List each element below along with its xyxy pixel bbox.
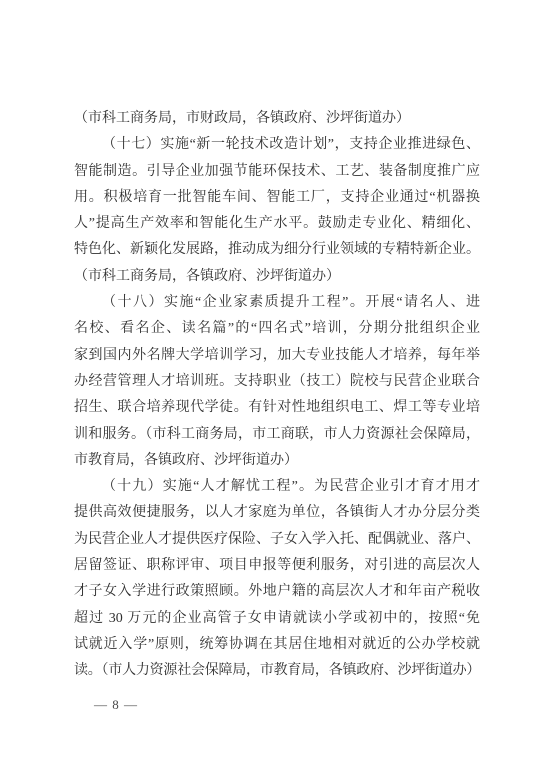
text-line: （市科工商务局，各镇政府、沙坪街道办） — [74, 264, 480, 290]
text-line: 家到国内外名牌大学培训学习，加大专业技能人才培养，每年举 — [74, 343, 480, 369]
text-line: 读。（市人力资源社会保障局，市教育局，各镇政府、沙坪街道办） — [74, 658, 480, 684]
document-body: （市科工商务局，市财政局，各镇政府、沙坪街道办）（十七）实施“新一轮技术改造计划… — [74, 106, 480, 685]
document-page: （市科工商务局，市财政局，各镇政府、沙坪街道办）（十七）实施“新一轮技术改造计划… — [0, 0, 550, 778]
text-line: 居留签证、职称评审、项目申报等便利服务，对引进的高层次人 — [74, 553, 480, 579]
text-line: （市科工商务局，市财政局，各镇政府、沙坪街道办） — [74, 106, 480, 132]
text-line: 才子女入学进行政策照顾。外地户籍的高层次人才和年亩产税收 — [74, 579, 480, 605]
text-line: 为民营企业人才提供医疗保险、子女入学入托、配偶就业、落户、 — [74, 527, 480, 553]
page-number: — 8 — — [94, 697, 138, 713]
text-line: 训和服务。（市科工商务局，市工商联，市人力资源社会保障局， — [74, 422, 480, 448]
text-line: （十九）实施“人才解忧工程”。为民营企业引才育才用才 — [74, 474, 480, 500]
text-line: 办经营管理人才培训班。支持职业（技工）院校与民营企业联合 — [74, 369, 480, 395]
text-line: （十八）实施“企业家素质提升工程”。开展“请名人、进 — [74, 290, 480, 316]
text-line: 名校、看名企、读名篇”的“四名式”培训，分期分批组织企业 — [74, 316, 480, 342]
text-line: （十七）实施“新一轮技术改造计划”，支持企业推进绿色、 — [74, 132, 480, 158]
text-line: 用。积极培育一批智能车间、智能工厂，支持企业通过“机器换 — [74, 185, 480, 211]
text-line: 招生、联合培养现代学徒。有针对性地组织电工、焊工等专业培 — [74, 395, 480, 421]
text-line: 智能制造。引导企业加强节能环保技术、工艺、装备制度推广应 — [74, 159, 480, 185]
text-line: 特色化、新颖化发展路，推动成为细分行业领域的专精特新企业。 — [74, 237, 480, 263]
text-line: 提供高效便捷服务，以人才家庭为单位，各镇街人才办分层分类 — [74, 500, 480, 526]
text-line: 超过 30 万元的企业高管子女申请就读小学或初中的，按照“免 — [74, 606, 480, 632]
text-line: 人”提高生产效率和智能化生产水平。鼓励走专业化、精细化、 — [74, 211, 480, 237]
text-line: 市教育局，各镇政府、沙坪街道办） — [74, 448, 480, 474]
text-line: 试就近入学”原则，统筹协调在其居住地相对就近的公办学校就 — [74, 632, 480, 658]
